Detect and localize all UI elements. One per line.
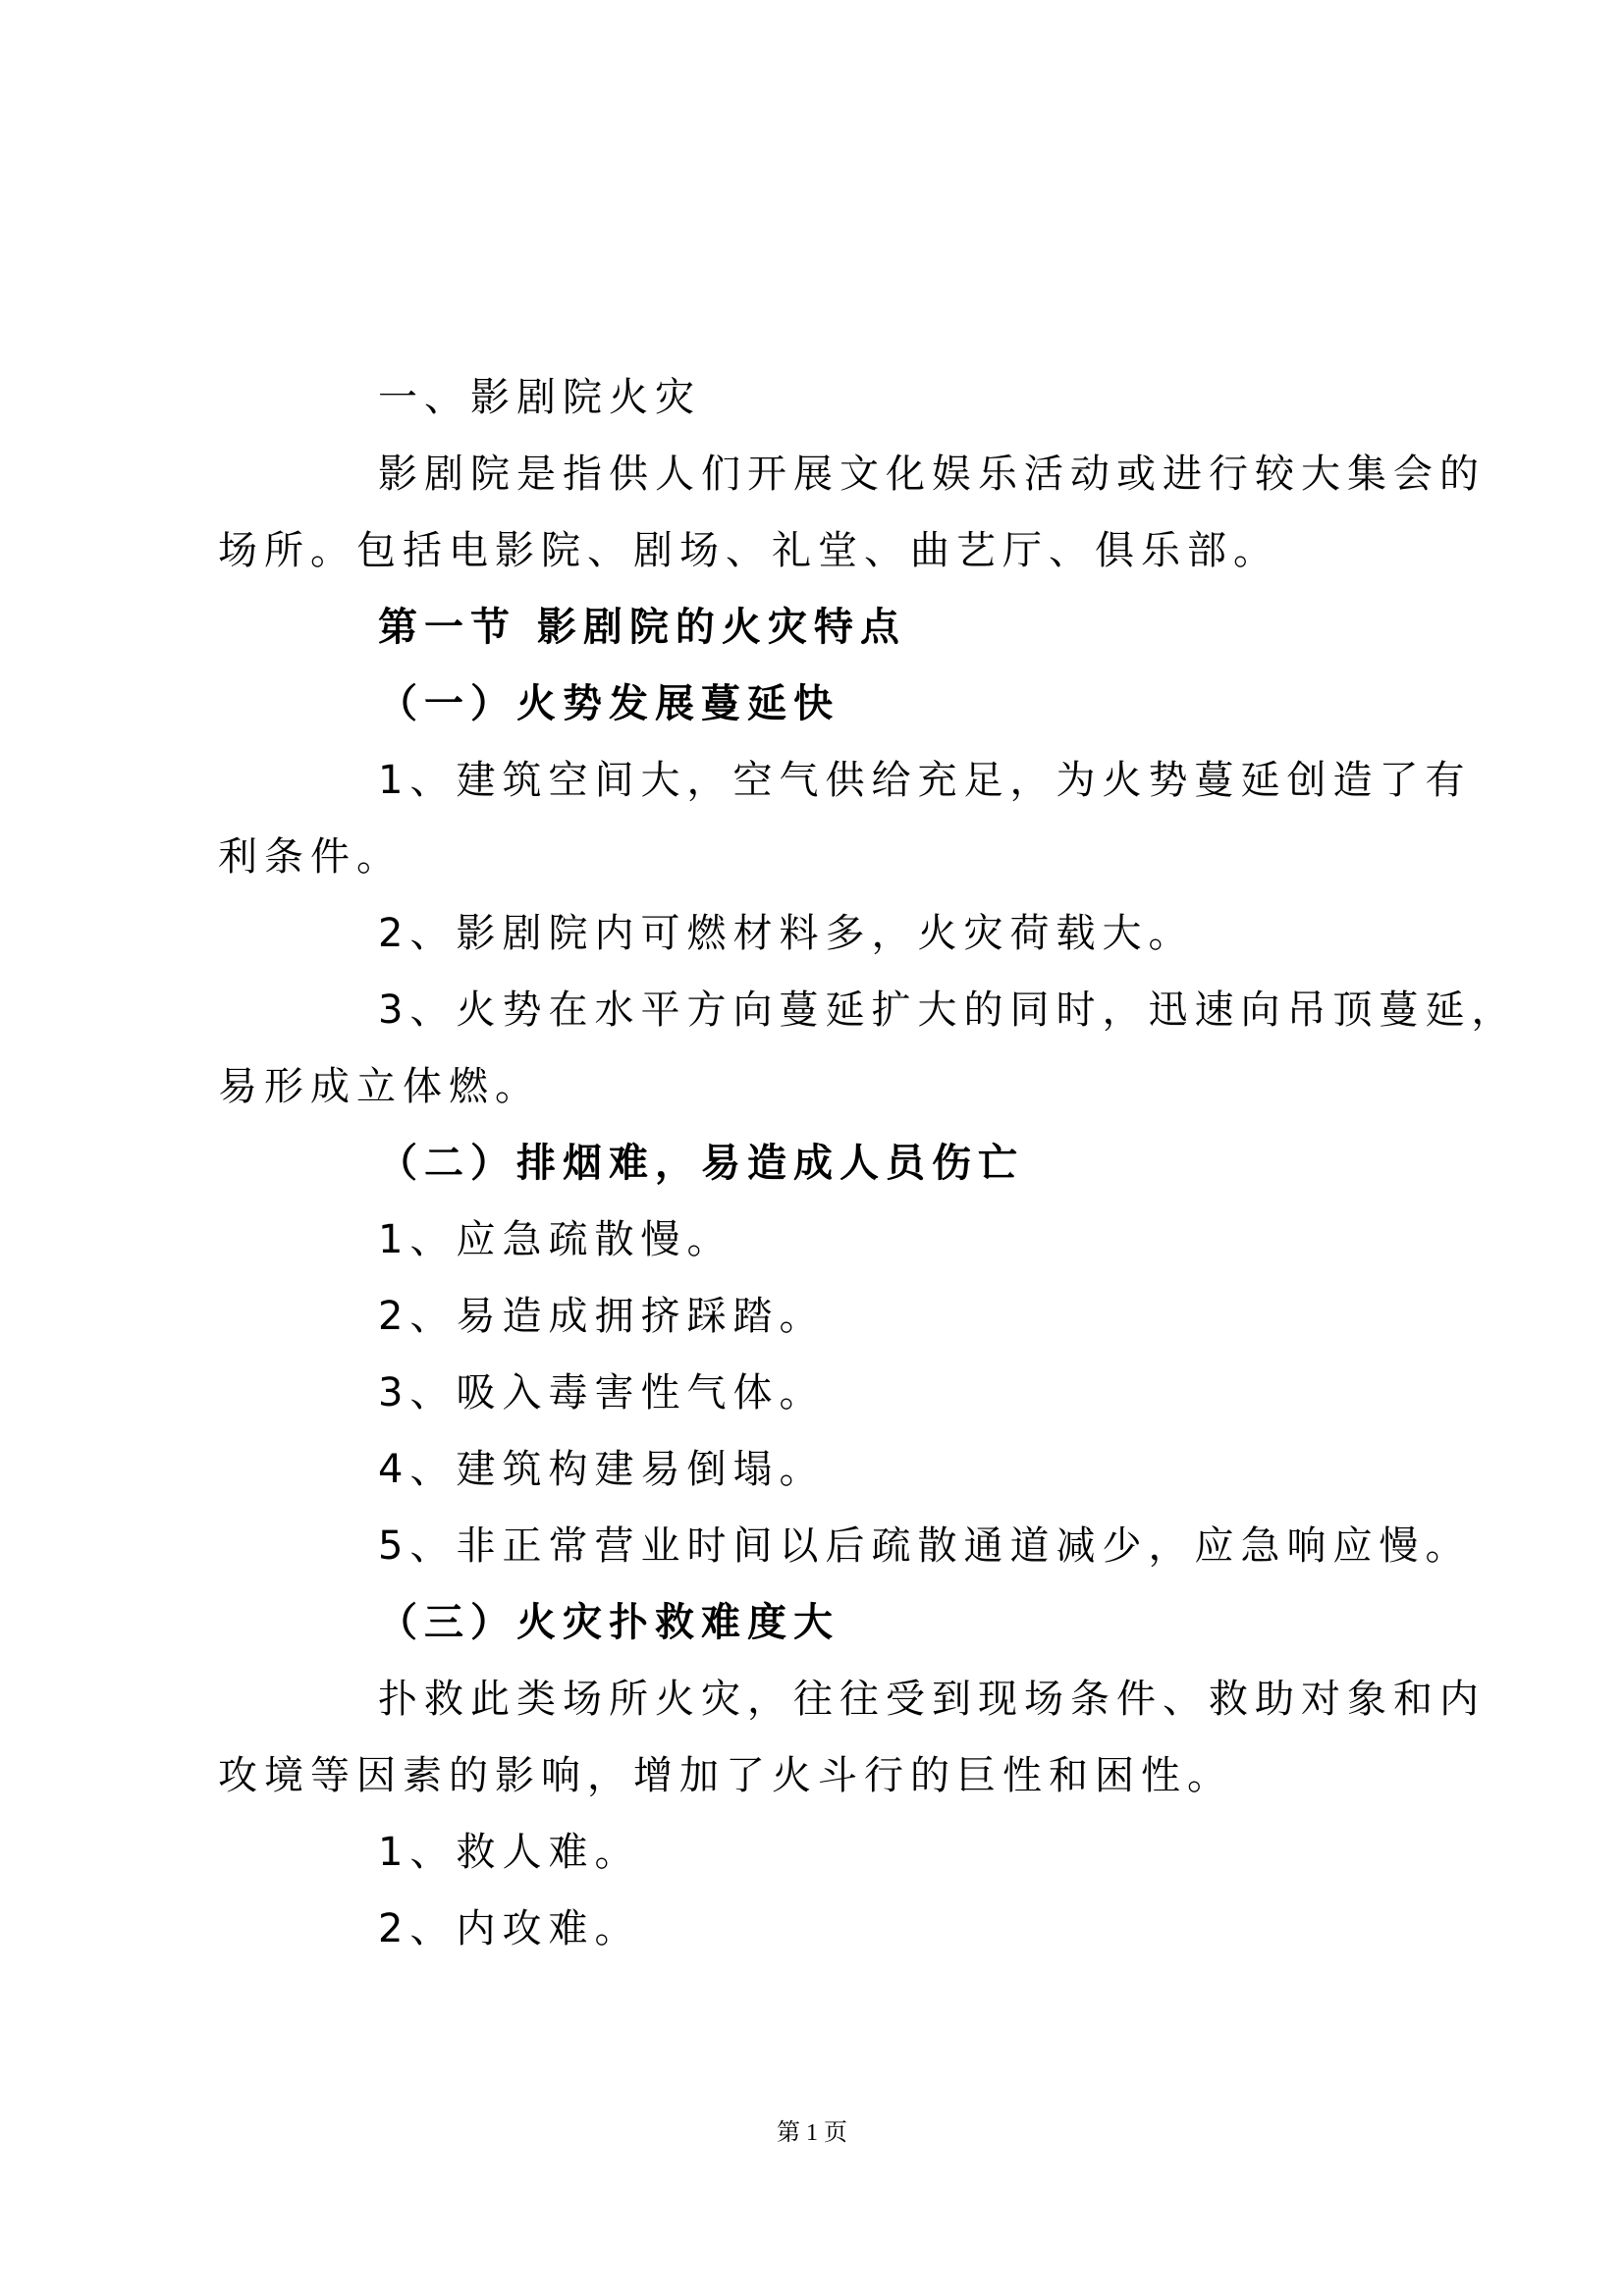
list-item: 1、应急疏散慢。 xyxy=(218,1201,1432,1278)
subsection-title-1: （一）火势发展蔓延快 xyxy=(218,666,1432,742)
list-item: 2、影剧院内可燃材料多，火灾荷载大。 xyxy=(218,895,1432,972)
chapter-heading: 一、影剧院火灾 xyxy=(218,359,1432,436)
list-item: 2、易造成拥挤踩踏。 xyxy=(218,1278,1432,1355)
subsection-intro-line-2: 攻境等因素的影响，增加了火斗行的巨性和困性。 xyxy=(218,1737,1432,1814)
subsection-title-3: （三）火灾扑救难度大 xyxy=(218,1584,1432,1661)
section-title: 第一节 影剧院的火灾特点 xyxy=(218,589,1432,666)
page-number: 第 1 页 xyxy=(0,2112,1624,2147)
subsection-title-2: （二）排烟难，易造成人员伤亡 xyxy=(218,1125,1432,1201)
list-item: 2、内攻难。 xyxy=(218,1891,1432,1967)
list-item: 5、非正常营业时间以后疏散通道减少，应急响应慢。 xyxy=(218,1508,1432,1584)
list-item: 3、火势在水平方向蔓延扩大的同时，迅速向吊顶蔓延， xyxy=(218,972,1432,1048)
document-page: 一、影剧院火灾 影剧院是指供人们开展文化娱乐活动或进行较大集会的 场所。包括电影… xyxy=(0,0,1624,2296)
list-item-continuation: 利条件。 xyxy=(218,819,1432,895)
list-item: 1、救人难。 xyxy=(218,1814,1432,1891)
list-item: 1、建筑空间大，空气供给充足，为火势蔓延创造了有 xyxy=(218,742,1432,819)
document-body: 一、影剧院火灾 影剧院是指供人们开展文化娱乐活动或进行较大集会的 场所。包括电影… xyxy=(218,359,1432,1967)
subsection-intro-line-1: 扑救此类场所火灾，往往受到现场条件、救助对象和内 xyxy=(218,1661,1432,1737)
intro-paragraph-line-2: 场所。包括电影院、剧场、礼堂、曲艺厅、俱乐部。 xyxy=(218,512,1432,589)
intro-paragraph-line-1: 影剧院是指供人们开展文化娱乐活动或进行较大集会的 xyxy=(218,436,1432,512)
list-item-continuation: 易形成立体燃。 xyxy=(218,1048,1432,1125)
list-item: 4、建筑构建易倒塌。 xyxy=(218,1431,1432,1508)
list-item: 3、吸入毒害性气体。 xyxy=(218,1355,1432,1431)
